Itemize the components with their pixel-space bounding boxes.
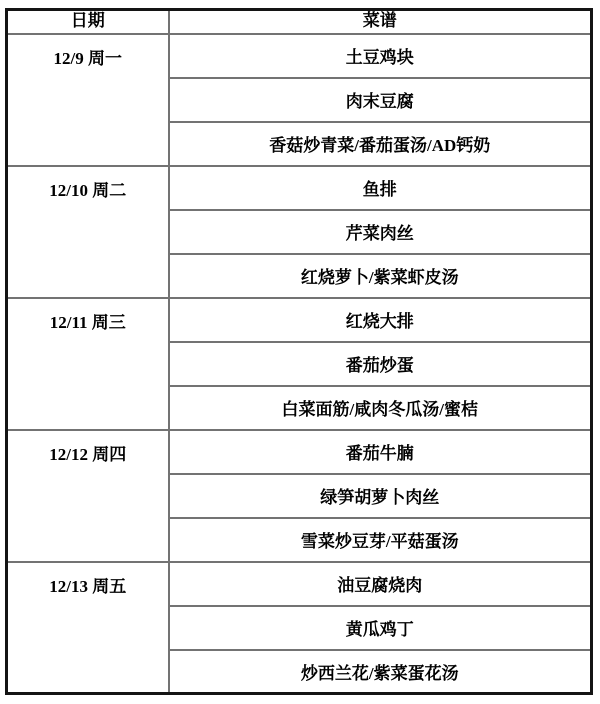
date-label: 12/12 周四 — [8, 431, 168, 475]
header-date: 日期 — [7, 10, 169, 34]
menu-item: 番茄炒蛋 — [169, 342, 592, 386]
menu-table-container: 日期 菜谱 12/9 周一 土豆鸡块 肉末豆腐 香菇炒青菜/番茄蛋汤/AD钙奶 — [5, 8, 593, 695]
menu-item: 红烧萝卜/紫菜虾皮汤 — [169, 254, 592, 298]
menu-item: 鱼排 — [169, 166, 592, 210]
menu-item: 油豆腐烧肉 — [169, 562, 592, 606]
menu-item: 炒西兰花/紫菜蛋花汤 — [169, 650, 592, 694]
table-row: 12/13 周五 油豆腐烧肉 — [7, 562, 592, 606]
menu-item: 肉末豆腐 — [169, 78, 592, 122]
menu-item: 香菇炒青菜/番茄蛋汤/AD钙奶 — [169, 122, 592, 166]
menu-item: 番茄牛腩 — [169, 430, 592, 474]
date-cell-thursday: 12/12 周四 — [7, 430, 169, 562]
menu-item: 红烧大排 — [169, 298, 592, 342]
date-cell-monday: 12/9 周一 — [7, 34, 169, 166]
header-menu: 菜谱 — [169, 10, 592, 34]
menu-item: 土豆鸡块 — [169, 34, 592, 78]
date-label: 12/10 周二 — [8, 167, 168, 211]
menu-item: 雪菜炒豆芽/平菇蛋汤 — [169, 518, 592, 562]
table-row: 12/9 周一 土豆鸡块 — [7, 34, 592, 78]
menu-item: 黄瓜鸡丁 — [169, 606, 592, 650]
menu-item: 绿笋胡萝卜肉丝 — [169, 474, 592, 518]
date-label: 12/11 周三 — [8, 299, 168, 343]
date-label: 12/13 周五 — [8, 563, 168, 607]
date-label: 12/9 周一 — [8, 35, 168, 79]
date-cell-friday: 12/13 周五 — [7, 562, 169, 694]
date-cell-tuesday: 12/10 周二 — [7, 166, 169, 298]
table-row: 12/11 周三 红烧大排 — [7, 298, 592, 342]
menu-item: 芹菜肉丝 — [169, 210, 592, 254]
header-row: 日期 菜谱 — [7, 10, 592, 34]
menu-table: 日期 菜谱 12/9 周一 土豆鸡块 肉末豆腐 香菇炒青菜/番茄蛋汤/AD钙奶 — [5, 8, 593, 695]
table-row: 12/12 周四 番茄牛腩 — [7, 430, 592, 474]
date-cell-wednesday: 12/11 周三 — [7, 298, 169, 430]
menu-item: 白菜面筋/咸肉冬瓜汤/蜜桔 — [169, 386, 592, 430]
table-row: 12/10 周二 鱼排 — [7, 166, 592, 210]
